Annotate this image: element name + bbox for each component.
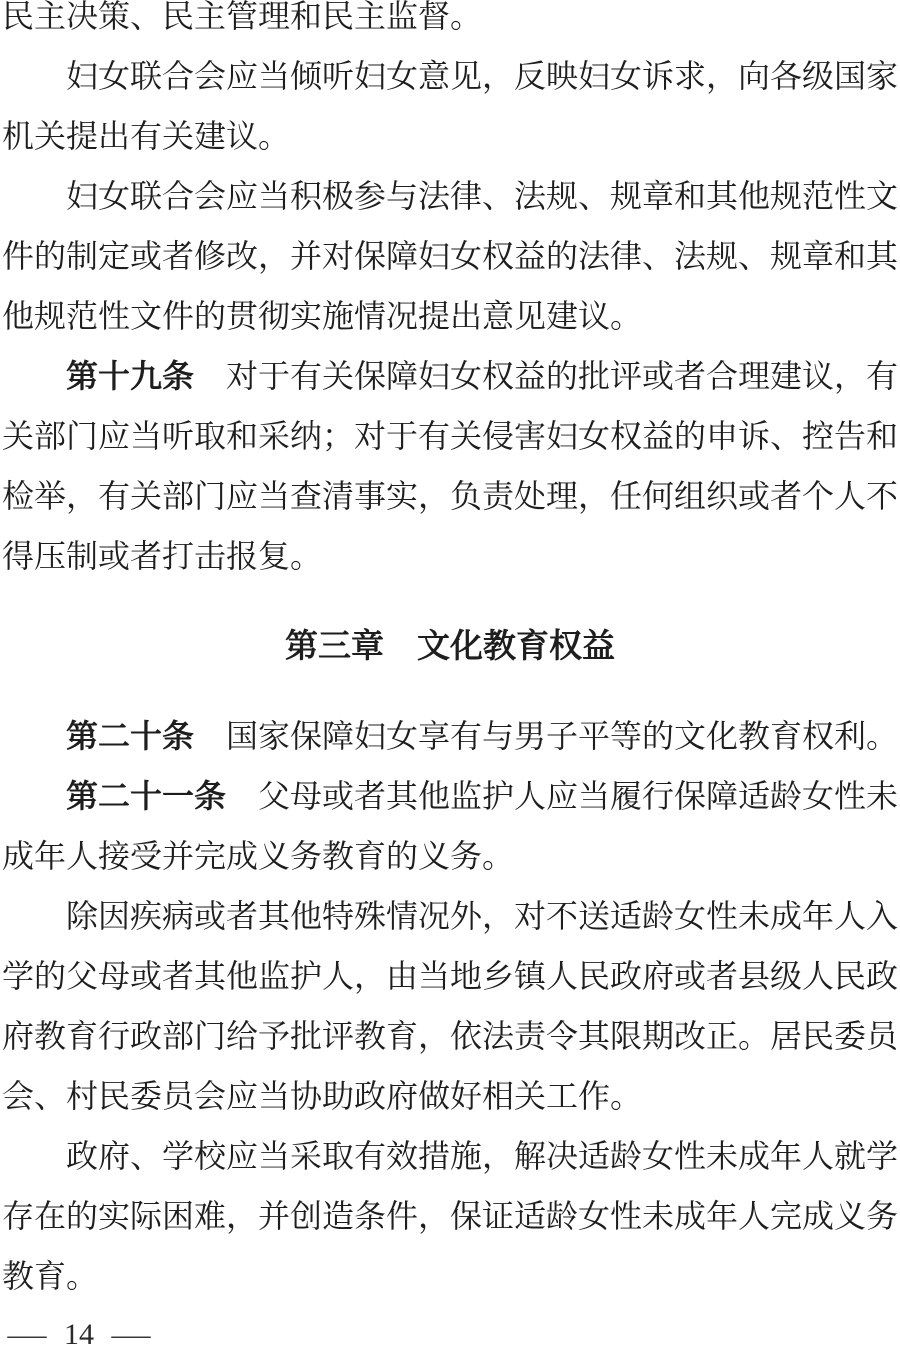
text-line: 存在的实际困难，并创造条件，保证适龄女性未成年人完成义务 — [2, 1186, 898, 1246]
text-run: 存在的实际困难，并创造条件，保证适龄女性未成年人完成义务 — [2, 1198, 898, 1234]
footer-right-dash: — — [112, 1318, 151, 1351]
text-run: 他规范性文件的贯彻实施情况提出意见建议。 — [2, 298, 642, 334]
text-run: 机关提出有关建议。 — [2, 118, 290, 154]
text-run: 对于有关保障妇女权益的批评或者合理建议，有 — [194, 358, 898, 394]
text-line: 第十九条 对于有关保障妇女权益的批评或者合理建议，有 — [2, 346, 898, 406]
text-run: 得压制或者打击报复。 — [2, 538, 322, 574]
text-run: 第三章 文化教育权益 — [285, 627, 615, 664]
text-run: 检举，有关部门应当查清事实，负责处理，任何组织或者个人不 — [2, 478, 898, 514]
text-line: 民主决策、民主管理和民主监督。 — [2, 0, 898, 46]
document-body: 民主决策、民主管理和民主监督。妇女联合会应当倾听妇女意见，反映妇女诉求，向各级国… — [2, 0, 898, 1306]
text-line: 检举，有关部门应当查清事实，负责处理，任何组织或者个人不 — [2, 466, 898, 526]
text-run: 国家保障妇女享有与男子平等的文化教育权利。 — [194, 718, 898, 754]
text-run: 妇女联合会应当积极参与法律、法规、规章和其他规范性文 — [66, 178, 898, 214]
text-line: 会、村民委员会应当协助政府做好相关工作。 — [2, 1066, 898, 1126]
text-line: 学的父母或者其他监护人，由当地乡镇人民政府或者县级人民政 — [2, 946, 898, 1006]
text-line: 成年人接受并完成义务教育的义务。 — [2, 826, 898, 886]
text-line: 机关提出有关建议。 — [2, 106, 898, 166]
text-run: 除因疾病或者其他特殊情况外，对不送适龄女性未成年人入 — [66, 898, 898, 934]
text-run: 会、村民委员会应当协助政府做好相关工作。 — [2, 1078, 642, 1114]
footer-left-dash: — — [8, 1318, 47, 1351]
text-run: 政府、学校应当采取有效措施，解决适龄女性未成年人就学 — [66, 1138, 898, 1174]
text-run: 件的制定或者修改，并对保障妇女权益的法律、法规、规章和其 — [2, 238, 898, 274]
text-line: 关部门应当听取和采纳；对于有关侵害妇女权益的申诉、控告和 — [2, 406, 898, 466]
text-line: 他规范性文件的贯彻实施情况提出意见建议。 — [2, 286, 898, 346]
page-footer: — 14 — — [12, 1318, 146, 1351]
text-run: 成年人接受并完成义务教育的义务。 — [2, 838, 514, 874]
text-run: 父母或者其他监护人应当履行保障适龄女性未 — [226, 778, 898, 814]
text-run: 关部门应当听取和采纳；对于有关侵害妇女权益的申诉、控告和 — [2, 418, 898, 454]
text-line: 府教育行政部门给予批评教育，依法责令其限期改正。居民委员 — [2, 1006, 898, 1066]
page-number: 14 — [64, 1318, 94, 1351]
text-run: 妇女联合会应当倾听妇女意见，反映妇女诉求，向各级国家 — [66, 58, 898, 94]
document-page: 民主决策、民主管理和民主监督。妇女联合会应当倾听妇女意见，反映妇女诉求，向各级国… — [0, 0, 900, 1351]
text-line: 第二十条 国家保障妇女享有与男子平等的文化教育权利。 — [2, 706, 898, 766]
chapter-heading: 第三章 文化教育权益 — [2, 616, 898, 676]
text-line: 件的制定或者修改，并对保障妇女权益的法律、法规、规章和其 — [2, 226, 898, 286]
text-line: 妇女联合会应当倾听妇女意见，反映妇女诉求，向各级国家 — [2, 46, 898, 106]
article-number: 第二十条 — [66, 718, 194, 754]
text-run: 民主决策、民主管理和民主监督。 — [2, 0, 482, 34]
text-line: 妇女联合会应当积极参与法律、法规、规章和其他规范性文 — [2, 166, 898, 226]
text-line: 教育。 — [2, 1246, 898, 1306]
text-run: 学的父母或者其他监护人，由当地乡镇人民政府或者县级人民政 — [2, 958, 898, 994]
text-run: 教育。 — [2, 1258, 98, 1294]
text-line: 得压制或者打击报复。 — [2, 526, 898, 586]
text-line: 第二十一条 父母或者其他监护人应当履行保障适龄女性未 — [2, 766, 898, 826]
text-run: 府教育行政部门给予批评教育，依法责令其限期改正。居民委员 — [2, 1018, 898, 1054]
text-line: 政府、学校应当采取有效措施，解决适龄女性未成年人就学 — [2, 1126, 898, 1186]
article-number: 第十九条 — [66, 358, 194, 394]
article-number: 第二十一条 — [66, 778, 226, 814]
text-line: 除因疾病或者其他特殊情况外，对不送适龄女性未成年人入 — [2, 886, 898, 946]
